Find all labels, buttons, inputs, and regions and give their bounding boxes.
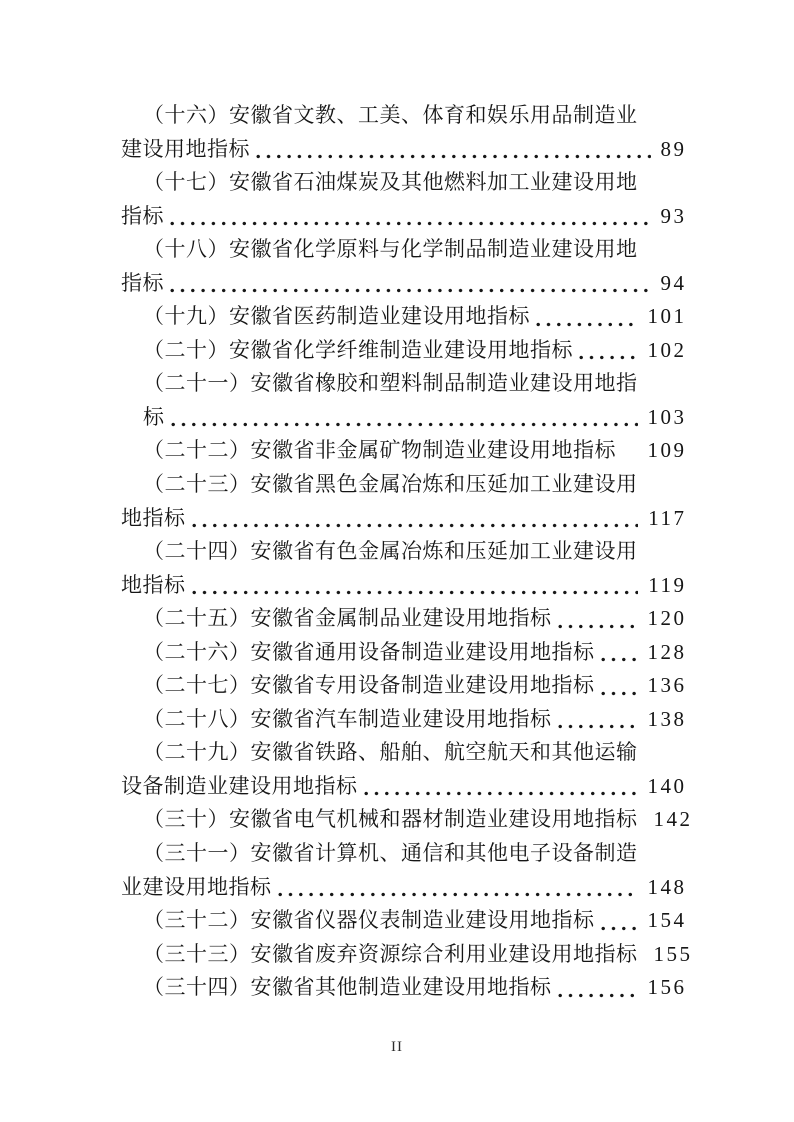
toc-line-text: （二十三）安徽省黑色金属冶炼和压延加工业建设用 <box>143 468 638 502</box>
toc-line-text: （十七）安徽省石油煤炭及其他燃料加工业建设用地 <box>143 166 638 200</box>
toc-line-text: 地指标 <box>121 502 186 536</box>
toc-line-text: 指标 <box>121 200 164 234</box>
toc-line: （二十六）安徽省通用设备制造业建设用地指标 128 <box>121 636 684 670</box>
toc-line-text: （二十二）安徽省非金属矿物制造业建设用地指标 <box>143 434 616 468</box>
dot-leader <box>601 689 638 698</box>
toc-line: （二十七）安徽省专用设备制造业建设用地指标 136 <box>121 669 684 703</box>
toc-page-number: 154 <box>648 904 687 938</box>
toc-line-text: 指标 <box>121 267 164 301</box>
toc-line: （二十）安徽省化学纤维制造业建设用地指标 102 <box>121 334 684 368</box>
toc-line: （十七）安徽省石油煤炭及其他燃料加工业建设用地 <box>121 166 684 200</box>
dot-leader <box>278 890 638 899</box>
toc-line-text: 标 <box>143 401 165 435</box>
toc-page-number: 128 <box>648 636 687 670</box>
toc-line: （三十三）安徽省废弃资源综合利用业建设用地指标 155 <box>121 938 684 972</box>
toc-line: 建设用地指标 89 <box>121 133 684 167</box>
toc-line: 业建设用地指标 148 <box>121 871 684 905</box>
dot-leader <box>536 320 638 329</box>
toc-page-number: 138 <box>648 703 687 737</box>
toc-line: （十八）安徽省化学原料与化学制品制造业建设用地 <box>121 233 684 267</box>
toc-page-number: 102 <box>648 334 687 368</box>
dot-leader <box>558 991 638 1000</box>
dot-leader <box>170 219 651 228</box>
toc-line: （三十二）安徽省仪器仪表制造业建设用地指标 154 <box>121 904 684 938</box>
dot-leader <box>192 588 639 597</box>
toc-line-text: （十六）安徽省文教、工美、体育和娱乐用品制造业 <box>143 99 638 133</box>
toc-page-number: 140 <box>648 770 687 804</box>
toc-line-text: （二十九）安徽省铁路、船舶、航空航天和其他运输 <box>143 736 638 770</box>
toc-line: 地指标 119 <box>121 569 684 603</box>
toc-line: （十六）安徽省文教、工美、体育和娱乐用品制造业 <box>121 99 684 133</box>
dot-leader <box>601 655 638 664</box>
toc-line-text: 业建设用地指标 <box>121 871 272 905</box>
toc-page-number: 155 <box>654 938 693 972</box>
dot-leader <box>171 420 638 429</box>
toc-line-text: （三十二）安徽省仪器仪表制造业建设用地指标 <box>143 904 595 938</box>
toc-page-number: 93 <box>661 200 687 234</box>
toc-page-number: 119 <box>648 569 686 603</box>
toc-line: 设备制造业建设用地指标 140 <box>121 770 684 804</box>
toc-line-text: （二十）安徽省化学纤维制造业建设用地指标 <box>143 334 573 368</box>
toc-page-number: 89 <box>661 133 687 167</box>
dot-leader <box>579 353 638 362</box>
toc-page-number: 156 <box>648 971 687 1005</box>
dot-leader <box>622 454 638 463</box>
toc-page-number: 94 <box>661 267 687 301</box>
toc-line-text: （二十七）安徽省专用设备制造业建设用地指标 <box>143 669 595 703</box>
toc-line-text: （三十一）安徽省计算机、通信和其他电子设备制造 <box>143 837 638 871</box>
toc-line-text: 地指标 <box>121 569 186 603</box>
toc-line: （二十四）安徽省有色金属冶炼和压延加工业建设用 <box>121 535 684 569</box>
dot-leader <box>256 152 651 161</box>
toc-line: （二十二）安徽省非金属矿物制造业建设用地指标 109 <box>121 434 684 468</box>
toc: （十六）安徽省文教、工美、体育和娱乐用品制造业 建设用地指标 89 （十七）安徽… <box>121 99 684 1005</box>
toc-line: 地指标 117 <box>121 502 684 536</box>
toc-line: （三十四）安徽省其他制造业建设用地指标 156 <box>121 971 684 1005</box>
toc-line: （二十五）安徽省金属制品业建设用地指标 120 <box>121 602 684 636</box>
toc-line-text: （三十）安徽省电气机械和器材制造业建设用地指标 <box>143 803 638 837</box>
toc-page-number: 142 <box>654 803 693 837</box>
dot-leader <box>170 286 651 295</box>
toc-page-number: 117 <box>648 502 686 536</box>
dot-leader <box>601 924 638 933</box>
toc-line-text: （十八）安徽省化学原料与化学制品制造业建设用地 <box>143 233 638 267</box>
dot-leader <box>364 789 638 798</box>
document-page: （十六）安徽省文教、工美、体育和娱乐用品制造业 建设用地指标 89 （十七）安徽… <box>0 0 794 1122</box>
toc-line: （二十九）安徽省铁路、船舶、航空航天和其他运输 <box>121 736 684 770</box>
toc-line: 指标 93 <box>121 200 684 234</box>
footer-page-number: II <box>391 1039 403 1055</box>
toc-line: 指标 94 <box>121 267 684 301</box>
toc-line: （二十八）安徽省汽车制造业建设用地指标 138 <box>121 703 684 737</box>
toc-page-number: 101 <box>648 300 687 334</box>
toc-line-text: （三十四）安徽省其他制造业建设用地指标 <box>143 971 552 1005</box>
toc-line-text: （二十五）安徽省金属制品业建设用地指标 <box>143 602 552 636</box>
toc-page-number: 148 <box>648 871 687 905</box>
toc-line-text: （二十六）安徽省通用设备制造业建设用地指标 <box>143 636 595 670</box>
toc-line: （三十）安徽省电气机械和器材制造业建设用地指标 142 <box>121 803 684 837</box>
toc-line: 标 103 <box>121 401 684 435</box>
toc-page-number: 109 <box>648 434 687 468</box>
toc-line-text: （二十四）安徽省有色金属冶炼和压延加工业建设用 <box>143 535 638 569</box>
toc-page-number: 136 <box>648 669 687 703</box>
dot-leader <box>558 722 638 731</box>
page-footer: II <box>0 1036 794 1056</box>
dot-leader <box>558 622 638 631</box>
toc-line: （二十三）安徽省黑色金属冶炼和压延加工业建设用 <box>121 468 684 502</box>
toc-line-text: （十九）安徽省医药制造业建设用地指标 <box>143 300 530 334</box>
toc-line: （三十一）安徽省计算机、通信和其他电子设备制造 <box>121 837 684 871</box>
toc-page-number: 120 <box>648 602 687 636</box>
toc-line-text: （三十三）安徽省废弃资源综合利用业建设用地指标 <box>143 938 638 972</box>
toc-line-text: 设备制造业建设用地指标 <box>121 770 358 804</box>
toc-line-text: （二十八）安徽省汽车制造业建设用地指标 <box>143 703 552 737</box>
toc-page-number: 103 <box>648 401 687 435</box>
toc-line: （二十一）安徽省橡胶和塑料制品制造业建设用地指 <box>121 367 684 401</box>
toc-line-text: （二十一）安徽省橡胶和塑料制品制造业建设用地指 <box>143 367 638 401</box>
toc-line-text: 建设用地指标 <box>121 133 250 167</box>
dot-leader <box>192 521 639 530</box>
toc-line: （十九）安徽省医药制造业建设用地指标 101 <box>121 300 684 334</box>
